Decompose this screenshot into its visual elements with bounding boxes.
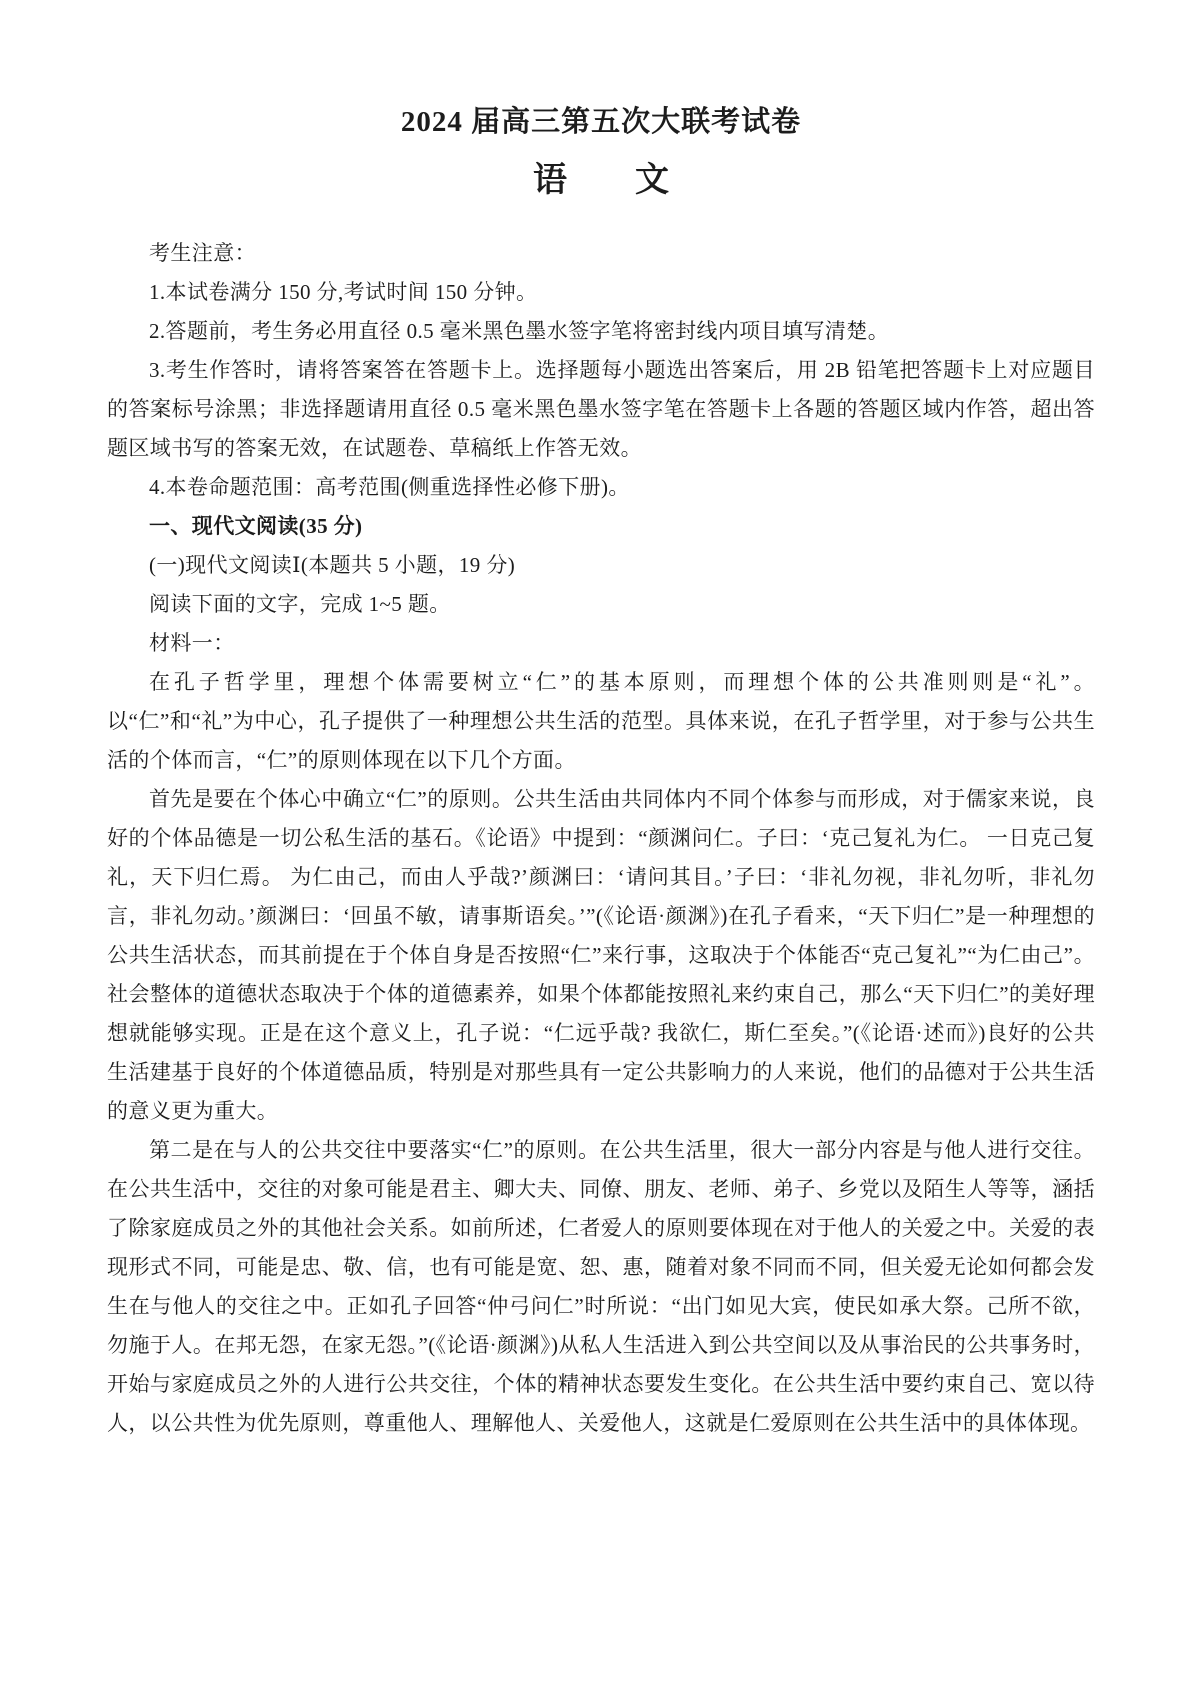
section-heading-modern-reading: 一、现代文阅读(35 分)	[107, 507, 1095, 546]
notice-item-4: 4.本卷命题范围：高考范围(侧重选择性必修下册)。	[107, 468, 1095, 507]
notice-item-3: 3.考生作答时，请将答案答在答题卡上。选择题每小题选出答案后，用 2B 铅笔把答…	[107, 351, 1095, 468]
material-one-label: 材料一：	[107, 624, 1095, 663]
material-one-paragraph-3: 第二是在与人的公共交往中要落实“仁”的原则。在公共生活里，很大一部分内容是与他人…	[107, 1131, 1095, 1443]
reading-instruction: 阅读下面的文字，完成 1~5 题。	[107, 585, 1095, 624]
material-one-paragraph-2: 首先是要在个体心中确立“仁”的原则。公共生活由共同体内不同个体参与而形成，对于儒…	[107, 780, 1095, 1131]
exam-title: 2024 届高三第五次大联考试卷	[107, 104, 1095, 140]
material-one-paragraph-1: 在孔子哲学里，理想个体需要树立“仁”的基本原则，而理想个体的公共准则则是“礼”。…	[107, 663, 1095, 780]
notice-item-1: 1.本试卷满分 150 分,考试时间 150 分钟。	[107, 273, 1095, 312]
subsection-heading-reading-one: (一)现代文阅读Ⅰ(本题共 5 小题，19 分)	[107, 546, 1095, 585]
exam-body: 考生注意： 1.本试卷满分 150 分,考试时间 150 分钟。 2.答题前，考…	[107, 234, 1095, 1443]
notice-item-2: 2.答题前，考生务必用直径 0.5 毫米黑色墨水签字笔将密封线内项目填写清楚。	[107, 312, 1095, 351]
notice-header: 考生注意：	[107, 234, 1095, 273]
subject-title: 语 文	[107, 160, 1095, 202]
exam-paper-page: 2024 届高三第五次大联考试卷 语 文 考生注意： 1.本试卷满分 150 分…	[0, 0, 1200, 1698]
